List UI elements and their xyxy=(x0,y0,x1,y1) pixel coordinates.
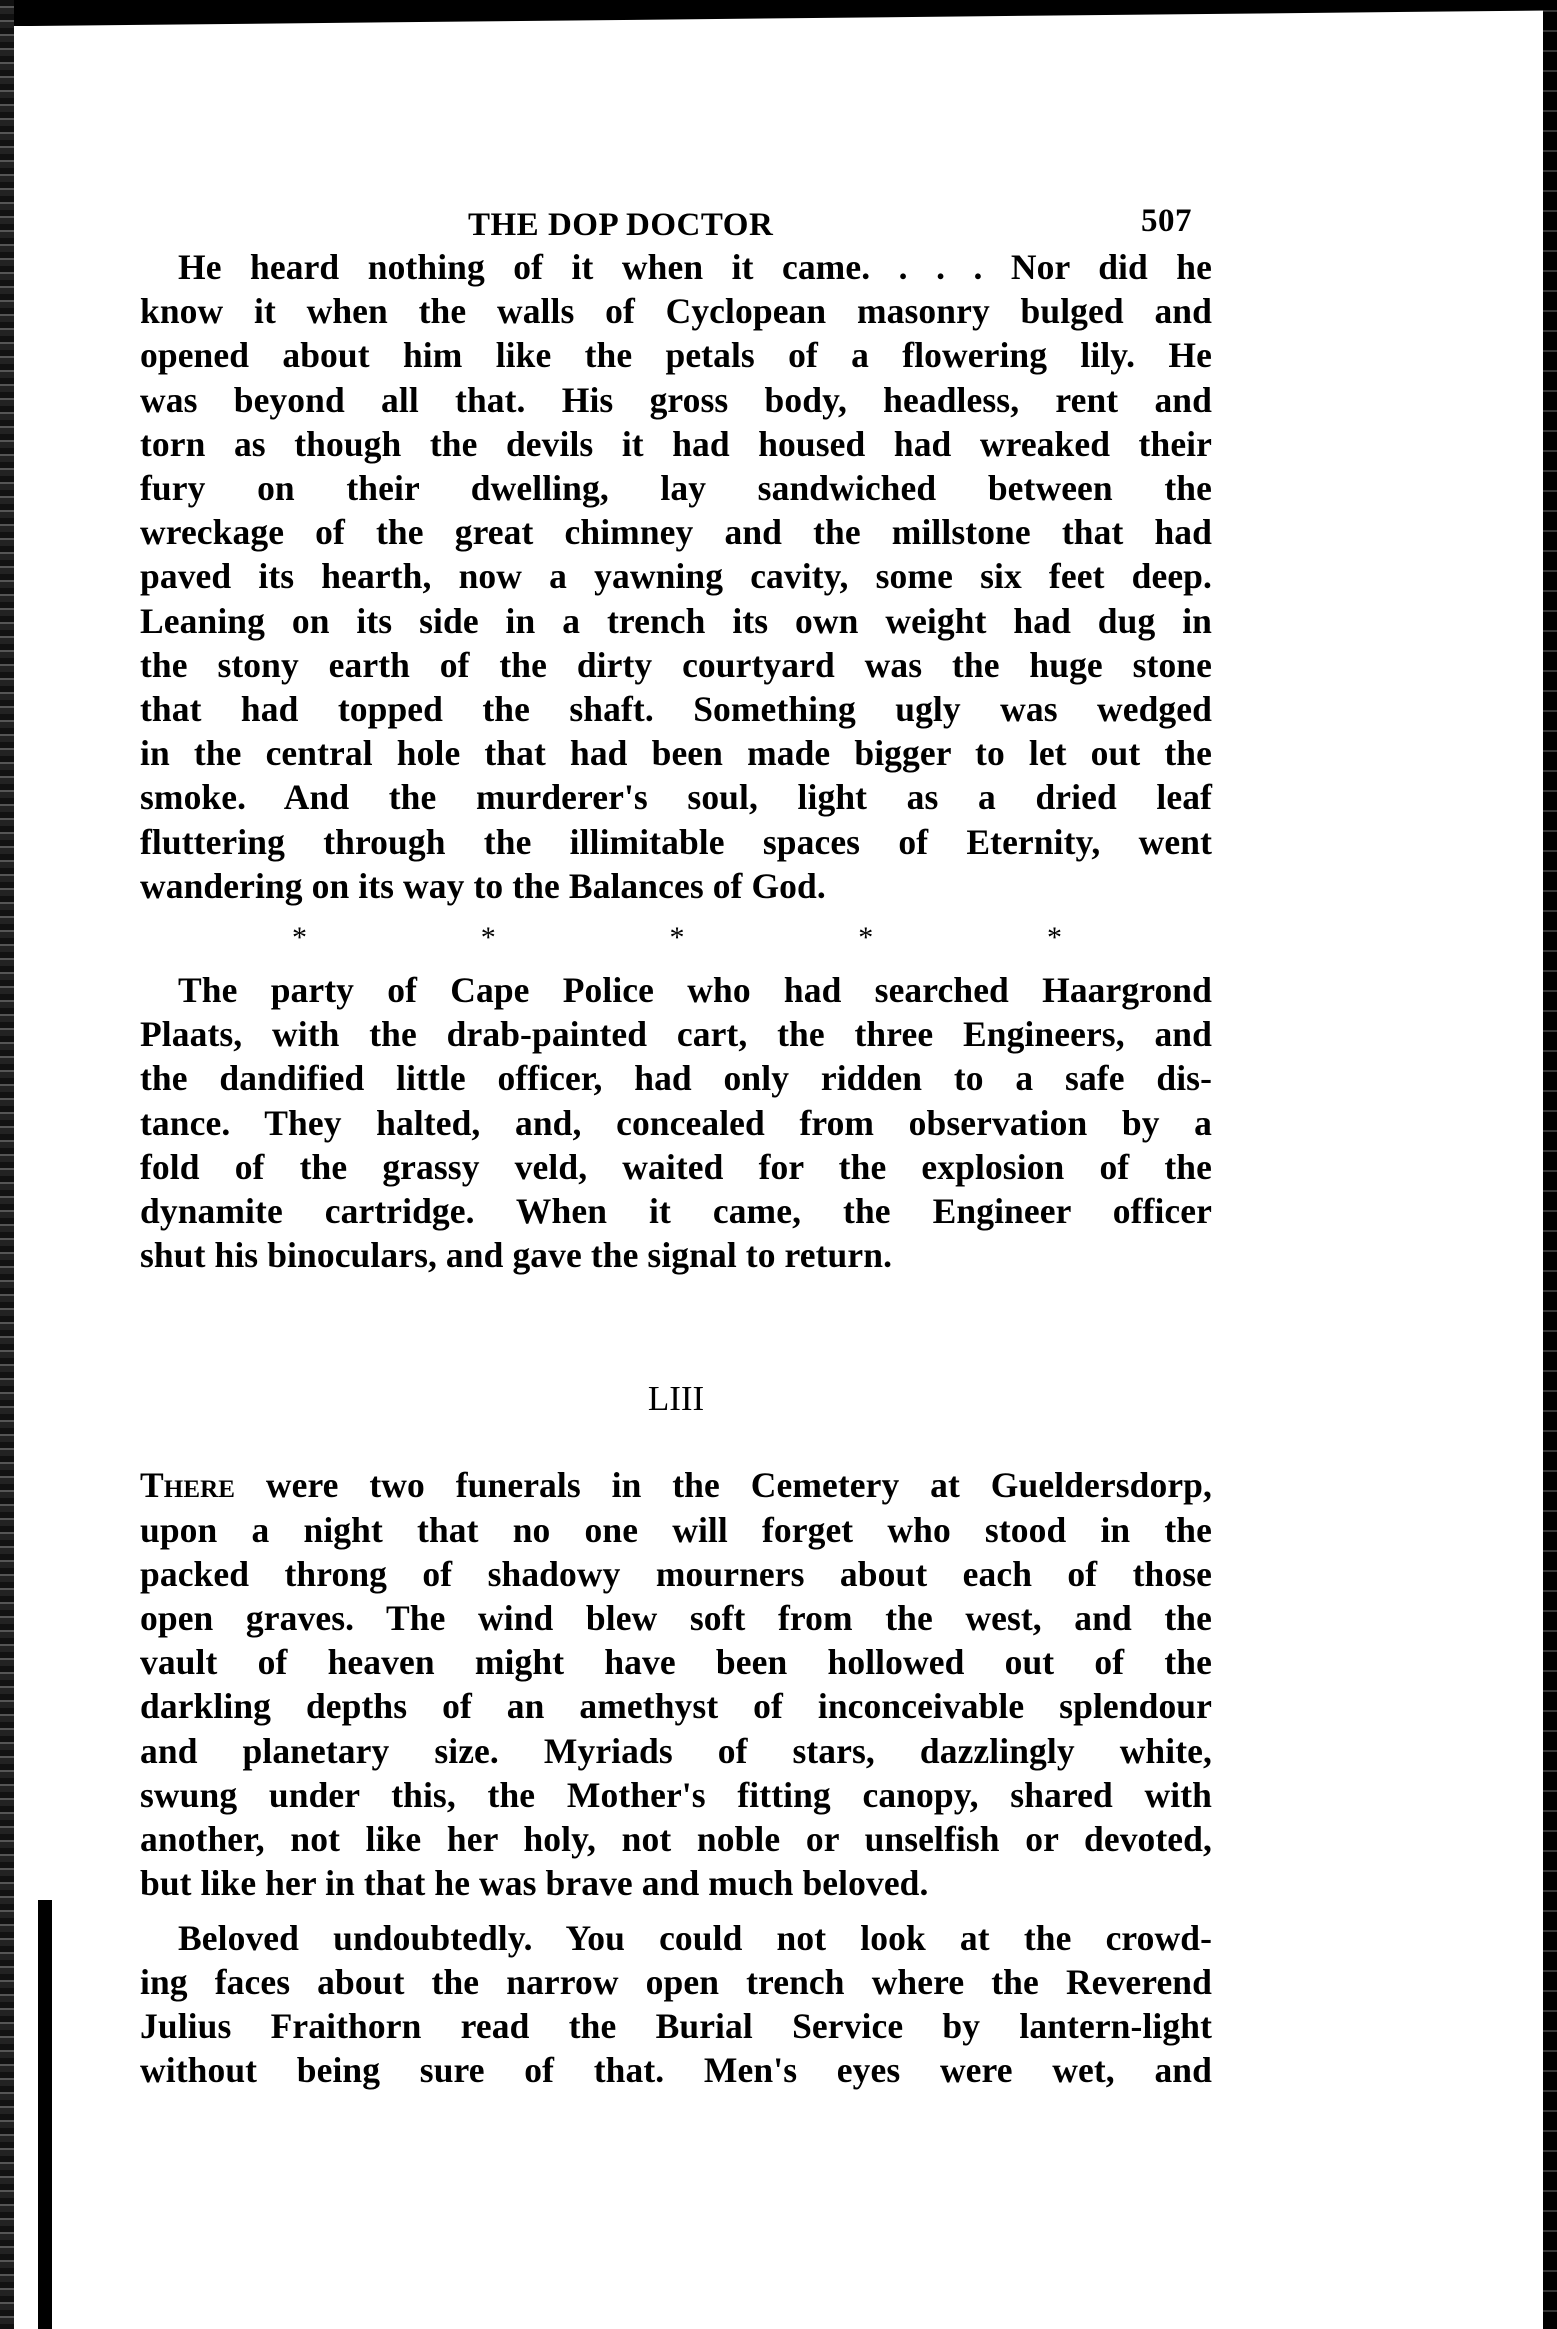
text-line: know it when the walls of Cyclopean maso… xyxy=(140,289,1212,333)
text-line: torn as though the devils it had housed … xyxy=(140,422,1212,466)
scan-border-top xyxy=(0,0,1557,26)
text-line: upon a night that no one will forget who… xyxy=(140,1508,1212,1552)
text-line: but like her in that he was brave and mu… xyxy=(140,1861,1212,1905)
text-line: dynamite cartridge. When it came, the En… xyxy=(140,1189,1212,1233)
book-page: THE DOP DOCTOR 507 He heard nothing of i… xyxy=(140,195,1212,2092)
text-line: Julius Fraithorn read the Burial Service… xyxy=(140,2004,1212,2048)
paragraph-funerals: There were two funerals in the Cemetery … xyxy=(140,1463,1212,1905)
chapter-heading: LIII xyxy=(140,1377,1212,1421)
text-line: and planetary size. Myriads of stars, da… xyxy=(140,1729,1212,1773)
text-line: in the central hole that had been made b… xyxy=(140,731,1212,775)
text-line: The party of Cape Police who had searche… xyxy=(140,968,1212,1012)
asterisk: * xyxy=(1047,920,1062,956)
text-line: the stony earth of the dirty courtyard w… xyxy=(140,643,1212,687)
text-line: Leaning on its side in a trench its own … xyxy=(140,599,1212,643)
text-line: ing faces about the narrow open trench w… xyxy=(140,1960,1212,2004)
paragraph-gap xyxy=(140,1906,1212,1916)
paragraph-cape-police: The party of Cape Police who had searche… xyxy=(140,968,1212,1277)
text-line: fluttering through the illimitable space… xyxy=(140,820,1212,864)
text-line: Beloved undoubtedly. You could not look … xyxy=(140,1916,1212,1960)
text-line: paved its hearth, now a yawning cavity, … xyxy=(140,554,1212,598)
text-line: shut his binoculars, and gave the signal… xyxy=(140,1233,1212,1277)
text-line: He heard nothing of it when it came. . .… xyxy=(140,245,1212,289)
text-line: wreckage of the great chimney and the mi… xyxy=(140,510,1212,554)
text-line: another, not like her holy, not noble or… xyxy=(140,1817,1212,1861)
text-line: Plaats, with the drab-painted cart, the … xyxy=(140,1012,1212,1056)
text-line: swung under this, the Mother's fitting c… xyxy=(140,1773,1212,1817)
text-line: darkling depths of an amethyst of inconc… xyxy=(140,1684,1212,1728)
running-head: THE DOP DOCTOR 507 xyxy=(140,195,1212,245)
asterisk: * xyxy=(858,920,873,956)
asterisk: * xyxy=(670,920,685,956)
section-break-asterisks: * * * * * xyxy=(292,920,1062,956)
asterisk: * xyxy=(481,920,496,956)
text-line: open graves. The wind blew soft from the… xyxy=(140,1596,1212,1640)
paragraph-explosion: He heard nothing of it when it came. . .… xyxy=(140,245,1212,908)
text-line: packed throng of shadowy mourners about … xyxy=(140,1552,1212,1596)
paragraph-beloved: Beloved undoubtedly. You could not look … xyxy=(140,1916,1212,2093)
text-line: that had topped the shaft. Something ugl… xyxy=(140,687,1212,731)
text-line: There were two funerals in the Cemetery … xyxy=(140,1463,1212,1507)
text-line-rest: were two funerals in the Cemetery at Gue… xyxy=(235,1465,1212,1505)
scan-border-right xyxy=(1543,0,1557,2329)
book-title: THE DOP DOCTOR xyxy=(468,207,773,244)
text-line: without being sure of that. Men's eyes w… xyxy=(140,2048,1212,2092)
text-line: the dandified little officer, had only r… xyxy=(140,1056,1212,1100)
text-line: wandering on its way to the Balances of … xyxy=(140,864,1212,908)
asterisk: * xyxy=(292,920,307,956)
text-line: fold of the grassy veld, waited for the … xyxy=(140,1145,1212,1189)
page-number: 507 xyxy=(1141,203,1192,240)
text-line: smoke. And the murderer's soul, light as… xyxy=(140,775,1212,819)
text-line: vault of heaven might have been hollowed… xyxy=(140,1640,1212,1684)
text-line: opened about him like the petals of a fl… xyxy=(140,333,1212,377)
scan-border-left xyxy=(0,0,14,2329)
text-line: tance. They halted, and, concealed from … xyxy=(140,1101,1212,1145)
text-line: was beyond all that. His gross body, hea… xyxy=(140,378,1212,422)
scan-border-left-shadow xyxy=(38,1900,52,2329)
text-line: fury on their dwelling, lay sandwiched b… xyxy=(140,466,1212,510)
drop-word: There xyxy=(140,1465,235,1505)
